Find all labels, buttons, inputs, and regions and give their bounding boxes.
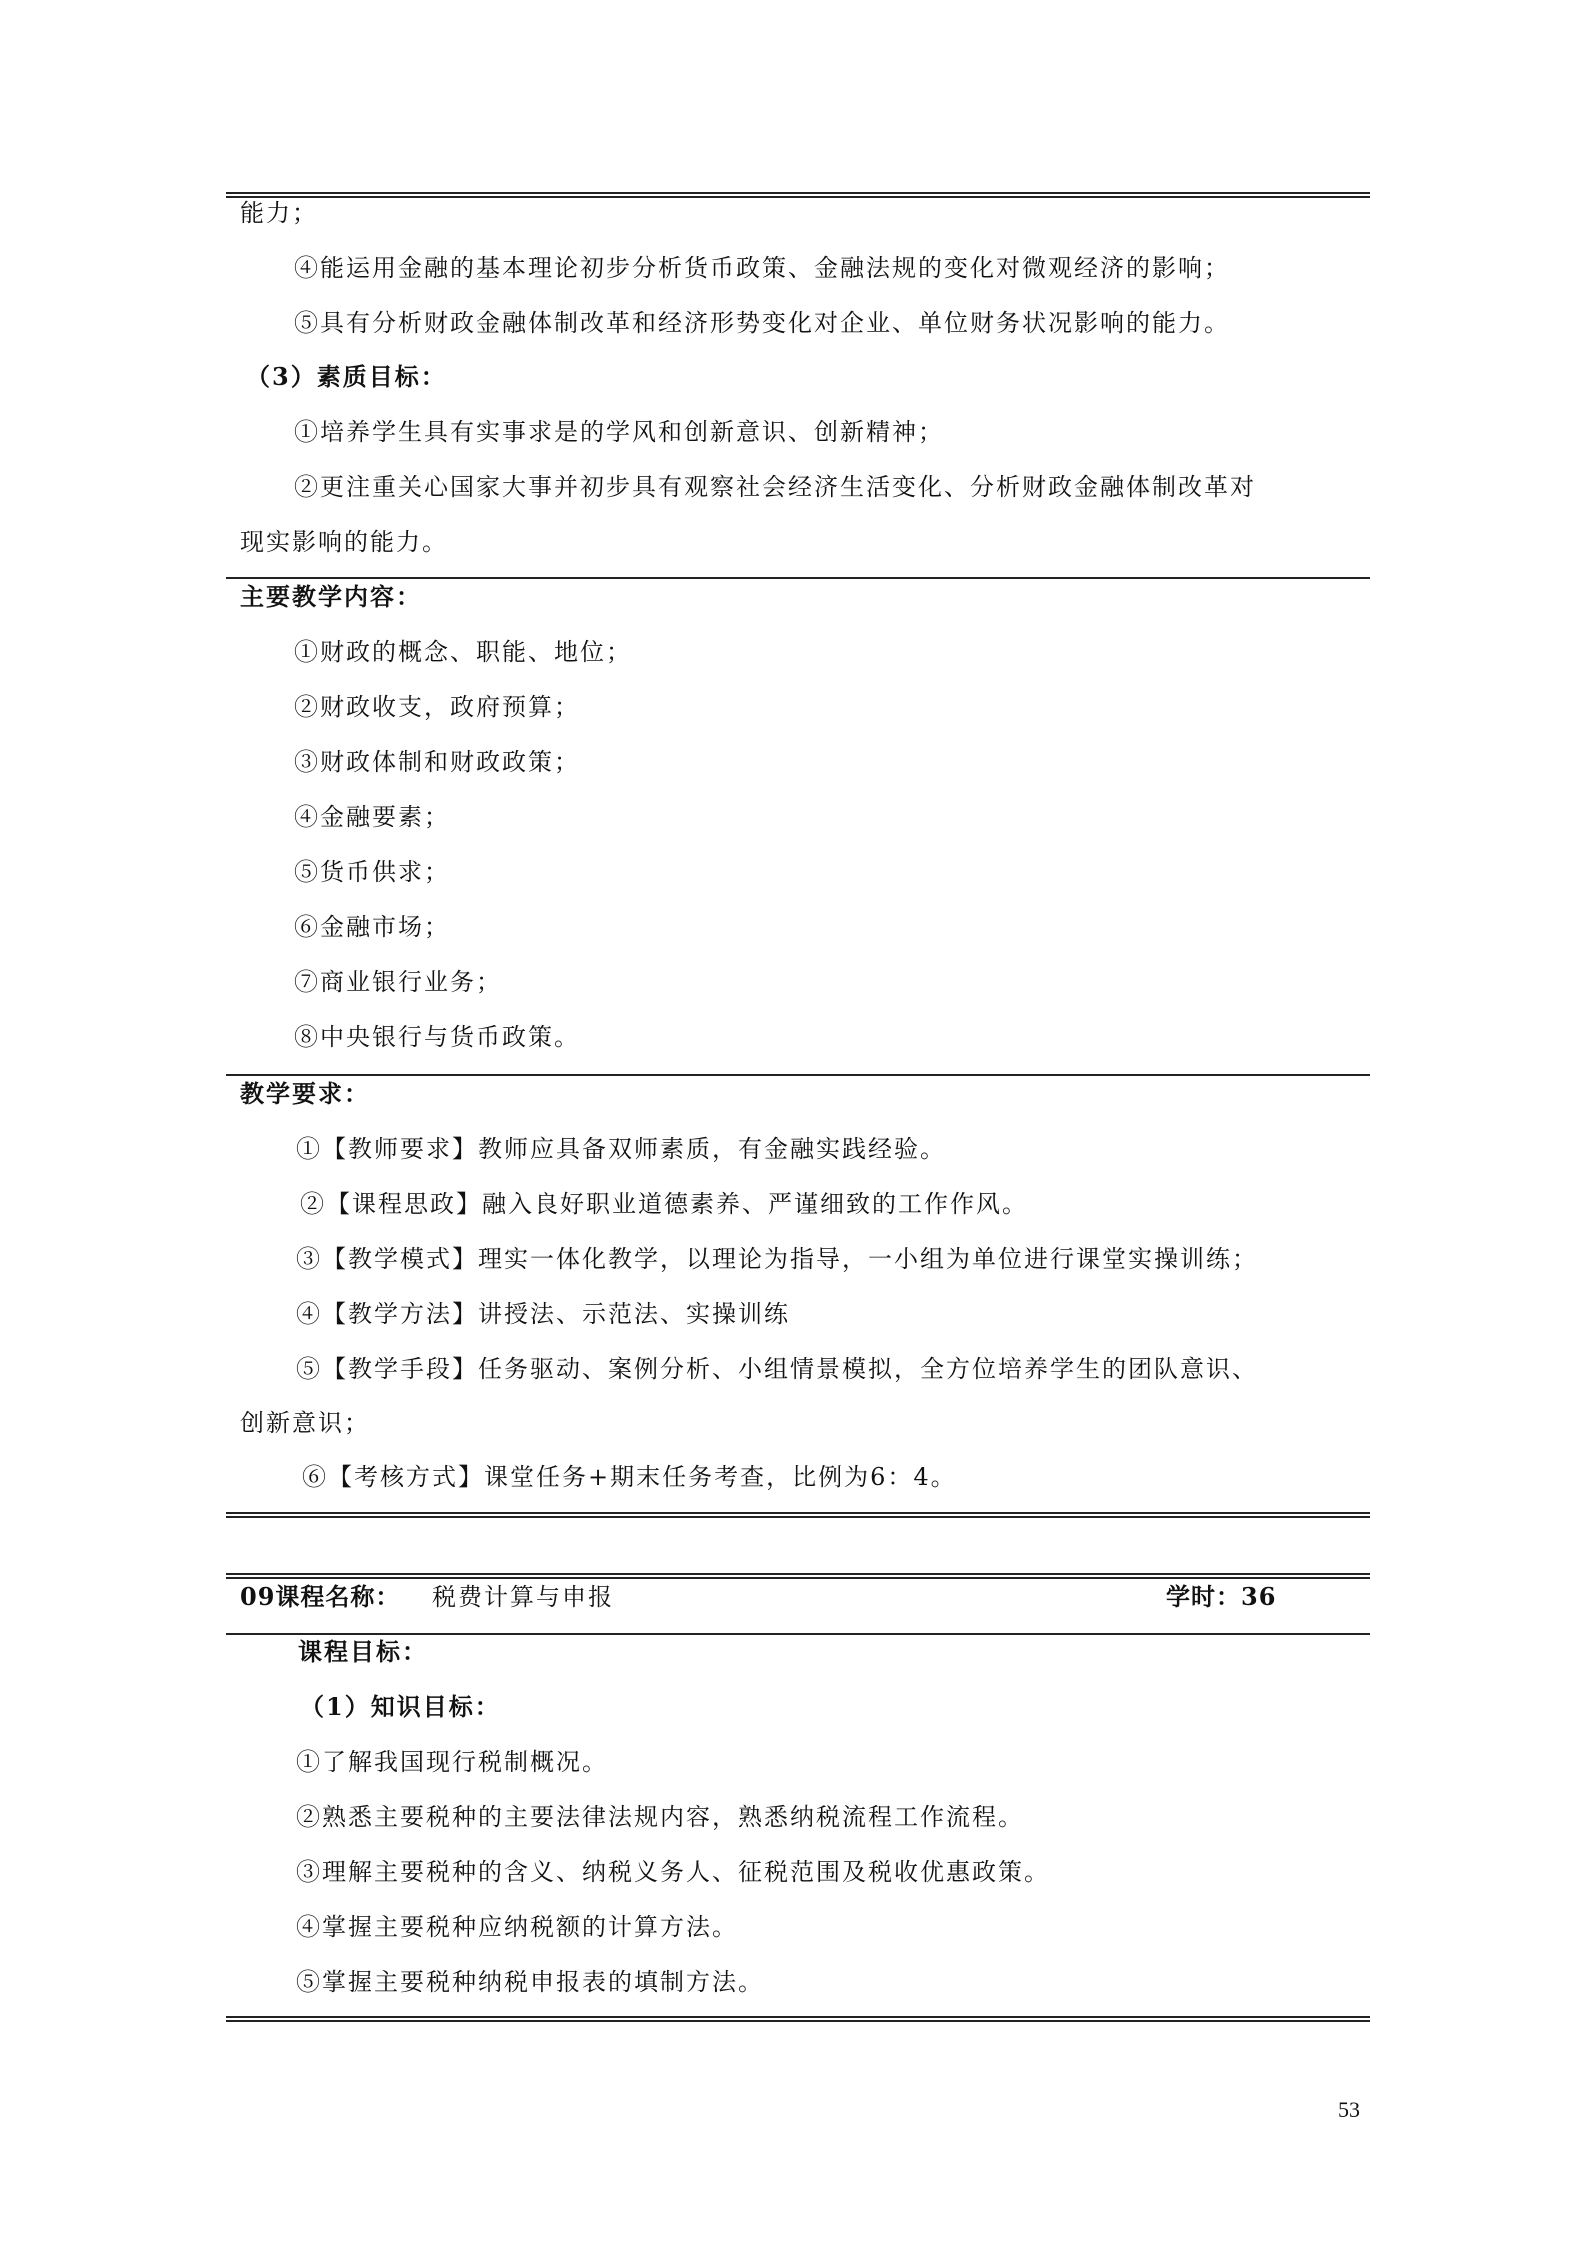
requirement-item: ⑤【教学手段】任务驱动、案例分析、小组情景模拟，全方位培养学生的团队意识、 bbox=[296, 1354, 1258, 1384]
text-line: 现实影响的能力。 bbox=[240, 527, 448, 557]
requirement-item: ③【教学模式】理实一体化教学，以理论为指导，一小组为单位进行课堂实操训练； bbox=[296, 1244, 1258, 1274]
quality-goal-heading: （3）素质目标： bbox=[246, 362, 447, 392]
section-rule bbox=[226, 1633, 1370, 1635]
text-line: ①培养学生具有实事求是的学风和创新意识、创新精神； bbox=[294, 417, 944, 447]
section-rule bbox=[226, 577, 1370, 579]
knowledge-goal: ①了解我国现行税制概况。 bbox=[296, 1747, 608, 1777]
course-name-value: 税费计算与申报 bbox=[432, 1582, 614, 1612]
content-item: ⑧中央银行与货币政策。 bbox=[294, 1022, 580, 1052]
knowledge-heading: （1）知识目标： bbox=[300, 1692, 501, 1722]
content-item: ③财政体制和财政政策； bbox=[294, 747, 580, 777]
content-item: ②财政收支，政府预算； bbox=[294, 692, 580, 722]
knowledge-goal: ②熟悉主要税种的主要法律法规内容，熟悉纳税流程工作流程。 bbox=[296, 1802, 1024, 1832]
table-top-double-rule bbox=[226, 192, 1370, 198]
requirement-item: ④【教学方法】讲授法、示范法、实操训练 bbox=[296, 1299, 790, 1329]
text-line: ④能运用金融的基本理论初步分析货币政策、金融法规的变化对微观经济的影响； bbox=[294, 253, 1230, 283]
requirement-item: ②【课程思政】融入良好职业道德素养、严谨细致的工作作风。 bbox=[300, 1189, 1028, 1219]
knowledge-goal: ⑤掌握主要税种纳税申报表的填制方法。 bbox=[296, 1967, 764, 1997]
goals-heading: 课程目标： bbox=[298, 1637, 428, 1667]
text-line: ⑤具有分析财政金融体制改革和经济形势变化对企业、单位财务状况影响的能力。 bbox=[294, 308, 1230, 338]
section-rule bbox=[226, 1074, 1370, 1076]
text-line: ②更注重关心国家大事并初步具有观察社会经济生活变化、分析财政金融体制改革对 bbox=[294, 472, 1256, 502]
content-item: ⑤货币供求； bbox=[294, 857, 450, 887]
page-number: 53 bbox=[1338, 2097, 1360, 2123]
text-line: 能力； bbox=[240, 198, 318, 228]
knowledge-goal: ③理解主要税种的含义、纳税义务人、征税范围及税收优惠政策。 bbox=[296, 1857, 1050, 1887]
content-item: ①财政的概念、职能、地位； bbox=[294, 637, 632, 667]
course-hours: 学时：36 bbox=[1166, 1582, 1276, 1612]
content-item: ⑦商业银行业务； bbox=[294, 967, 502, 997]
requirement-item: ⑥【考核方式】课堂任务+期末任务考查，比例为6：4。 bbox=[302, 1462, 957, 1492]
requirement-item: 创新意识； bbox=[240, 1408, 370, 1438]
content-heading: 主要教学内容： bbox=[240, 582, 422, 612]
content-item: ⑥金融市场； bbox=[294, 912, 450, 942]
table-bottom-double-rule bbox=[226, 1512, 1370, 1518]
requirements-heading: 教学要求： bbox=[240, 1079, 370, 1109]
knowledge-goal: ④掌握主要税种应纳税额的计算方法。 bbox=[296, 1912, 738, 1942]
course-name-label: 09课程名称： bbox=[240, 1582, 400, 1612]
table-top-double-rule bbox=[226, 1573, 1370, 1579]
requirement-item: ①【教师要求】教师应具备双师素质，有金融实践经验。 bbox=[296, 1134, 946, 1164]
table-bottom-double-rule bbox=[226, 2016, 1370, 2022]
content-item: ④金融要素； bbox=[294, 802, 450, 832]
